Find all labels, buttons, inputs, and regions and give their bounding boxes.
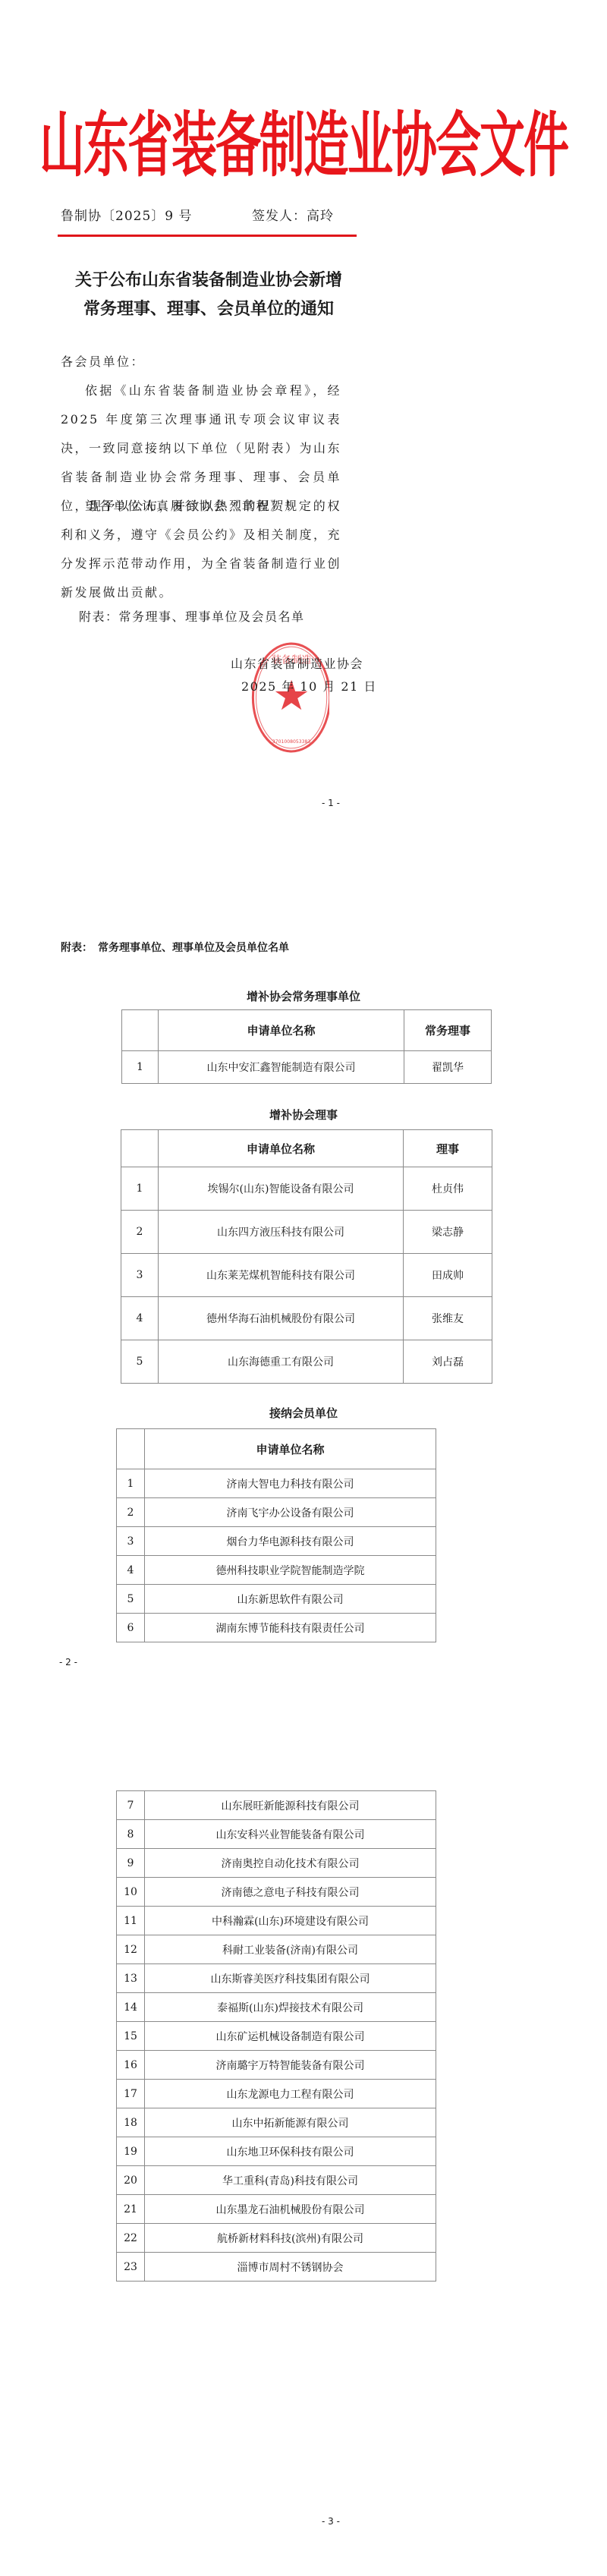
row-unit-name: 华工重科(青岛)科技有限公司	[145, 2166, 436, 2195]
row-unit-name: 山东地卫环保科技有限公司	[145, 2137, 436, 2166]
table-row: 2济南飞宇办公设备有限公司	[117, 1498, 436, 1527]
header-unit-name: 申请单位名称	[145, 1429, 436, 1469]
body-paragraph-2: 望各单位认真履行协会《章程》规定的权利和义务，遵守《会员公约》及相关制度，充分发…	[61, 492, 341, 607]
row-unit-name: 烟台力华电源科技有限公司	[145, 1527, 436, 1556]
table-row: 17山东龙源电力工程有限公司	[117, 2080, 436, 2108]
table-header-row: 申请单位名称 理事	[121, 1130, 492, 1167]
document-masthead: 山东省装备制造业协会文件	[0, 90, 607, 191]
page-number-1: - 1 -	[322, 798, 340, 808]
row-index: 15	[117, 2022, 145, 2051]
salutation: 各会员单位：	[61, 348, 341, 376]
page-number-2: - 2 -	[59, 1657, 77, 1667]
row-index: 5	[117, 1585, 145, 1614]
annex-title: 附表： 常务理事单位、理事单位及会员单位名单	[61, 940, 289, 955]
row-person: 杜贞伟	[404, 1167, 492, 1211]
row-index: 4	[121, 1297, 159, 1340]
row-index: 19	[117, 2137, 145, 2166]
table-row: 18山东中拓新能源有限公司	[117, 2108, 436, 2137]
row-index: 7	[117, 1791, 145, 1820]
table-header-row: 申请单位名称 常务理事	[122, 1010, 492, 1051]
row-index: 1	[117, 1469, 145, 1498]
row-person: 田成帅	[404, 1254, 492, 1297]
table-row: 1济南大智电力科技有限公司	[117, 1469, 436, 1498]
attachment-note: 附表：常务理事、理事单位及会员名单	[79, 607, 305, 625]
signer: 签发人：高玲	[0, 205, 334, 224]
row-unit-name: 德州华海石油机械股份有限公司	[159, 1297, 404, 1340]
section-title-members: 接纳会员单位	[0, 1405, 607, 1421]
signature-organization: 山东省装备制造业协会	[231, 654, 363, 672]
table-row: 7山东展旺新能源科技有限公司	[117, 1791, 436, 1820]
row-unit-name: 德州科技职业学院智能制造学院	[145, 1556, 436, 1585]
row-index: 2	[117, 1498, 145, 1527]
header-index	[121, 1130, 159, 1167]
svg-text:3701008053383: 3701008053383	[272, 739, 310, 745]
row-unit-name: 山东斯睿美医疗科技集团有限公司	[145, 1964, 436, 1993]
row-person: 梁志静	[404, 1211, 492, 1254]
row-index: 13	[117, 1964, 145, 1993]
header-unit-name: 申请单位名称	[159, 1010, 404, 1051]
directors-table: 申请单位名称 理事 1埃锡尔(山东)智能设备有限公司杜贞伟 2山东四方液压科技有…	[121, 1129, 492, 1384]
row-index: 18	[117, 2108, 145, 2137]
table-row: 15山东矿运机械设备制造有限公司	[117, 2022, 436, 2051]
title-line-2: 常务理事、理事、会员单位的通知	[0, 294, 417, 323]
table-header-row: 申请单位名称	[117, 1429, 436, 1469]
table-row: 1 山东中安汇鑫智能制造有限公司 翟凯华	[122, 1051, 492, 1084]
table-row: 14泰福斯(山东)焊接技术有限公司	[117, 1993, 436, 2022]
row-unit-name: 科耐工业装备(济南)有限公司	[145, 1935, 436, 1964]
table-row: 23淄博市周村不锈钢协会	[117, 2253, 436, 2282]
row-unit-name: 山东四方液压科技有限公司	[159, 1211, 404, 1254]
document-title: 关于公布山东省装备制造业协会新增 常务理事、理事、会员单位的通知	[0, 266, 417, 323]
row-unit-name: 山东海德重工有限公司	[159, 1340, 404, 1384]
members-table-part-1: 申请单位名称 1济南大智电力科技有限公司 2济南飞宇办公设备有限公司 3烟台力华…	[116, 1428, 436, 1642]
row-index: 17	[117, 2080, 145, 2108]
row-index: 11	[117, 1907, 145, 1935]
table-row: 12科耐工业装备(济南)有限公司	[117, 1935, 436, 1964]
row-unit-name: 济南璐宇万特智能装备有限公司	[145, 2051, 436, 2080]
row-unit-name: 埃锡尔(山东)智能设备有限公司	[159, 1167, 404, 1211]
table-row: 10济南德之意电子科技有限公司	[117, 1878, 436, 1907]
row-index: 9	[117, 1849, 145, 1878]
table-row: 13山东斯睿美医疗科技集团有限公司	[117, 1964, 436, 1993]
row-index: 8	[117, 1820, 145, 1849]
row-index: 5	[121, 1340, 159, 1384]
members-table-part-2: 7山东展旺新能源科技有限公司 8山东安科兴业智能装备有限公司 9济南奥控自动化技…	[116, 1790, 436, 2282]
table-row: 5山东海德重工有限公司刘占磊	[121, 1340, 492, 1384]
table-row: 20华工重科(青岛)科技有限公司	[117, 2166, 436, 2195]
table-row: 11中科瀚霖(山东)环境建设有限公司	[117, 1907, 436, 1935]
row-index: 23	[117, 2253, 145, 2282]
table-row: 16济南璐宇万特智能装备有限公司	[117, 2051, 436, 2080]
table-row: 6湖南东博节能科技有限责任公司	[117, 1614, 436, 1642]
table-row: 4德州华海石油机械股份有限公司张维友	[121, 1297, 492, 1340]
row-unit-name: 山东矿运机械设备制造有限公司	[145, 2022, 436, 2051]
row-unit-name: 山东莱芜煤机智能科技有限公司	[159, 1254, 404, 1297]
row-index: 14	[117, 1993, 145, 2022]
row-unit-name: 泰福斯(山东)焊接技术有限公司	[145, 1993, 436, 2022]
table-row: 1埃锡尔(山东)智能设备有限公司杜贞伟	[121, 1167, 492, 1211]
table-row: 2山东四方液压科技有限公司梁志静	[121, 1211, 492, 1254]
row-person: 刘占磊	[404, 1340, 492, 1384]
header-index	[117, 1429, 145, 1469]
row-unit-name: 山东中拓新能源有限公司	[145, 2108, 436, 2137]
row-unit-name: 淄博市周村不锈钢协会	[145, 2253, 436, 2282]
row-unit-name: 山东墨龙石油机械股份有限公司	[145, 2195, 436, 2224]
row-unit-name: 济南飞宇办公设备有限公司	[145, 1498, 436, 1527]
row-index: 4	[117, 1556, 145, 1585]
table-row: 5山东新思软件有限公司	[117, 1585, 436, 1614]
row-person: 张维友	[404, 1297, 492, 1340]
table-row: 3烟台力华电源科技有限公司	[117, 1527, 436, 1556]
row-unit-name: 济南德之意电子科技有限公司	[145, 1878, 436, 1907]
table-row: 21山东墨龙石油机械股份有限公司	[117, 2195, 436, 2224]
row-index: 21	[117, 2195, 145, 2224]
row-index: 3	[121, 1254, 159, 1297]
row-unit-name: 湖南东博节能科技有限责任公司	[145, 1614, 436, 1642]
row-index: 6	[117, 1614, 145, 1642]
standing-directors-table: 申请单位名称 常务理事 1 山东中安汇鑫智能制造有限公司 翟凯华	[121, 1009, 492, 1084]
page-number-3: - 3 -	[322, 2516, 340, 2527]
table-row: 9济南奥控自动化技术有限公司	[117, 1849, 436, 1878]
header-index	[122, 1010, 159, 1051]
signature-date: 2025 年 10 月 21 日	[241, 677, 377, 694]
red-divider	[58, 235, 357, 237]
section-title-standing-directors: 增补协会常务理事单位	[0, 988, 607, 1004]
row-unit-name: 航桥新材料科技(滨州)有限公司	[145, 2224, 436, 2253]
title-line-1: 关于公布山东省装备制造业协会新增	[0, 266, 417, 294]
row-unit-name: 中科瀚霖(山东)环境建设有限公司	[145, 1907, 436, 1935]
row-unit-name: 济南奥控自动化技术有限公司	[145, 1849, 436, 1878]
row-index: 1	[122, 1051, 159, 1084]
row-unit-name: 山东中安汇鑫智能制造有限公司	[159, 1051, 404, 1084]
header-director: 理事	[404, 1130, 492, 1167]
row-index: 16	[117, 2051, 145, 2080]
row-unit-name: 山东新思软件有限公司	[145, 1585, 436, 1614]
table-row: 3山东莱芜煤机智能科技有限公司田成帅	[121, 1254, 492, 1297]
table-row: 22航桥新材料科技(滨州)有限公司	[117, 2224, 436, 2253]
row-index: 22	[117, 2224, 145, 2253]
row-index: 12	[117, 1935, 145, 1964]
table-row: 8山东安科兴业智能装备有限公司	[117, 1820, 436, 1849]
header-standing-director: 常务理事	[404, 1010, 492, 1051]
row-index: 10	[117, 1878, 145, 1907]
header-unit-name: 申请单位名称	[159, 1130, 404, 1167]
section-title-directors: 增补协会理事	[0, 1107, 607, 1123]
row-index: 2	[121, 1211, 159, 1254]
row-unit-name: 山东安科兴业智能装备有限公司	[145, 1820, 436, 1849]
row-person: 翟凯华	[404, 1051, 492, 1084]
row-unit-name: 山东展旺新能源科技有限公司	[145, 1791, 436, 1820]
row-unit-name: 山东龙源电力工程有限公司	[145, 2080, 436, 2108]
row-index: 1	[121, 1167, 159, 1211]
table-row: 19山东地卫环保科技有限公司	[117, 2137, 436, 2166]
row-index: 3	[117, 1527, 145, 1556]
table-row: 4德州科技职业学院智能制造学院	[117, 1556, 436, 1585]
row-index: 20	[117, 2166, 145, 2195]
row-unit-name: 济南大智电力科技有限公司	[145, 1469, 436, 1498]
